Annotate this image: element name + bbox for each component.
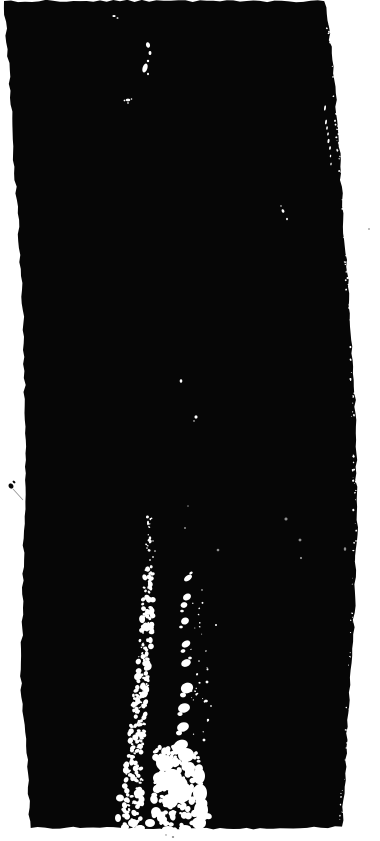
photograph-svg <box>0 0 380 841</box>
binarized-photograph <box>0 0 380 841</box>
scanned-page <box>0 0 380 841</box>
